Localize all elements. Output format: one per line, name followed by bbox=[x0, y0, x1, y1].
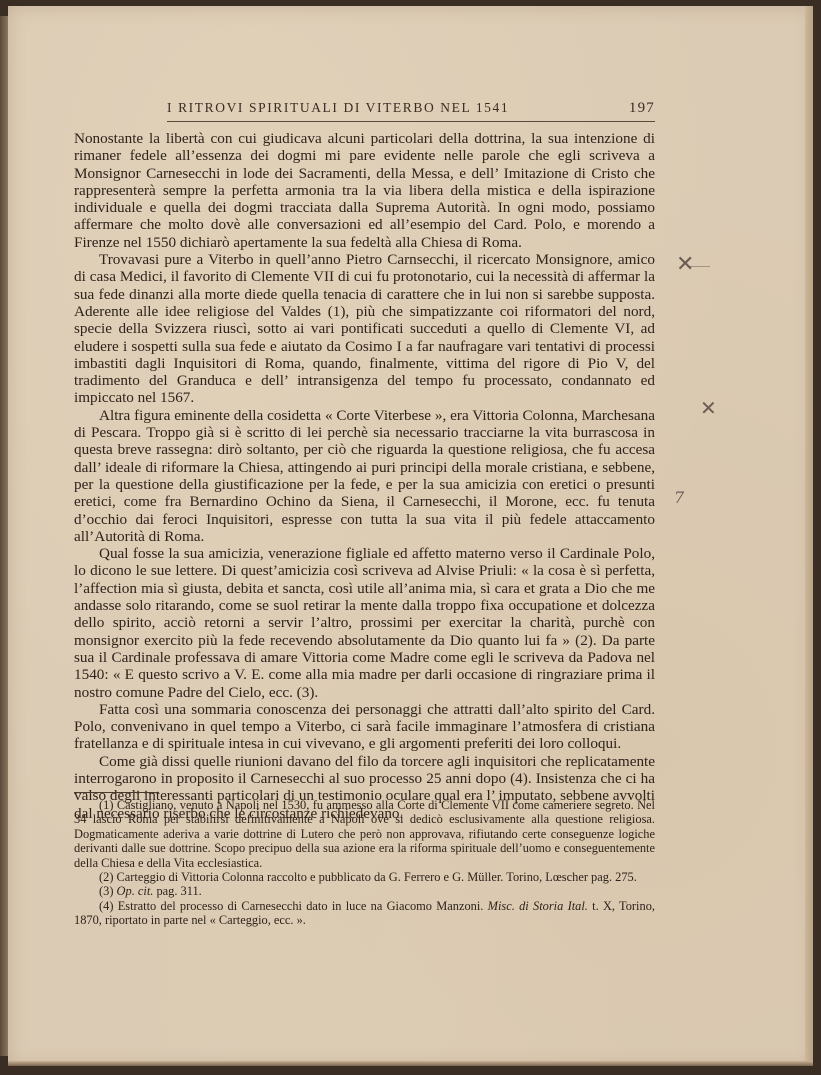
paragraph: Altra figura eminente della cosidetta « … bbox=[74, 407, 655, 545]
page-number: 197 bbox=[629, 100, 655, 117]
footnote-1: (1) Castigliano, venuto a Napoli nel 153… bbox=[74, 798, 655, 870]
running-header: I Ritrovi Spirituali di Viterbo nel 1541… bbox=[167, 100, 655, 122]
footnote-separator bbox=[74, 792, 159, 793]
footnote-3: (3) Op. cit. pag. 311. bbox=[74, 884, 655, 898]
page-binding-edge bbox=[0, 16, 8, 1056]
page-bottom-edge bbox=[8, 1061, 813, 1066]
pencil-stroke bbox=[688, 266, 710, 267]
book-page: I Ritrovi Spirituali di Viterbo nel 1541… bbox=[8, 6, 813, 1066]
footnote-4: (4) Estratto del processo di Carnesecchi… bbox=[74, 899, 655, 928]
footnote-2: (2) Carteggio di Vittoria Colonna raccol… bbox=[74, 870, 655, 884]
pencil-cross-mark-icon: ✕ bbox=[700, 398, 717, 418]
pencil-cross-mark-icon: ✕ bbox=[676, 254, 694, 276]
main-text: Nonostante la libertà con cui giudicava … bbox=[74, 130, 655, 822]
paragraph: Nonostante la libertà con cui giudicava … bbox=[74, 130, 655, 251]
footnotes: (1) Castigliano, venuto a Napoli nel 153… bbox=[74, 798, 655, 928]
page-fore-edge bbox=[805, 6, 813, 1066]
paragraph: Qual fosse la sua amicizia, venerazione … bbox=[74, 545, 655, 701]
paragraph: Fatta così una sommaria conoscenza dei p… bbox=[74, 701, 655, 753]
pencil-numeral-mark: 7 bbox=[674, 490, 684, 506]
paragraph: Trovavasi pure a Viterbo in quell’anno P… bbox=[74, 251, 655, 407]
running-title: I Ritrovi Spirituali di Viterbo nel 1541 bbox=[167, 100, 509, 117]
